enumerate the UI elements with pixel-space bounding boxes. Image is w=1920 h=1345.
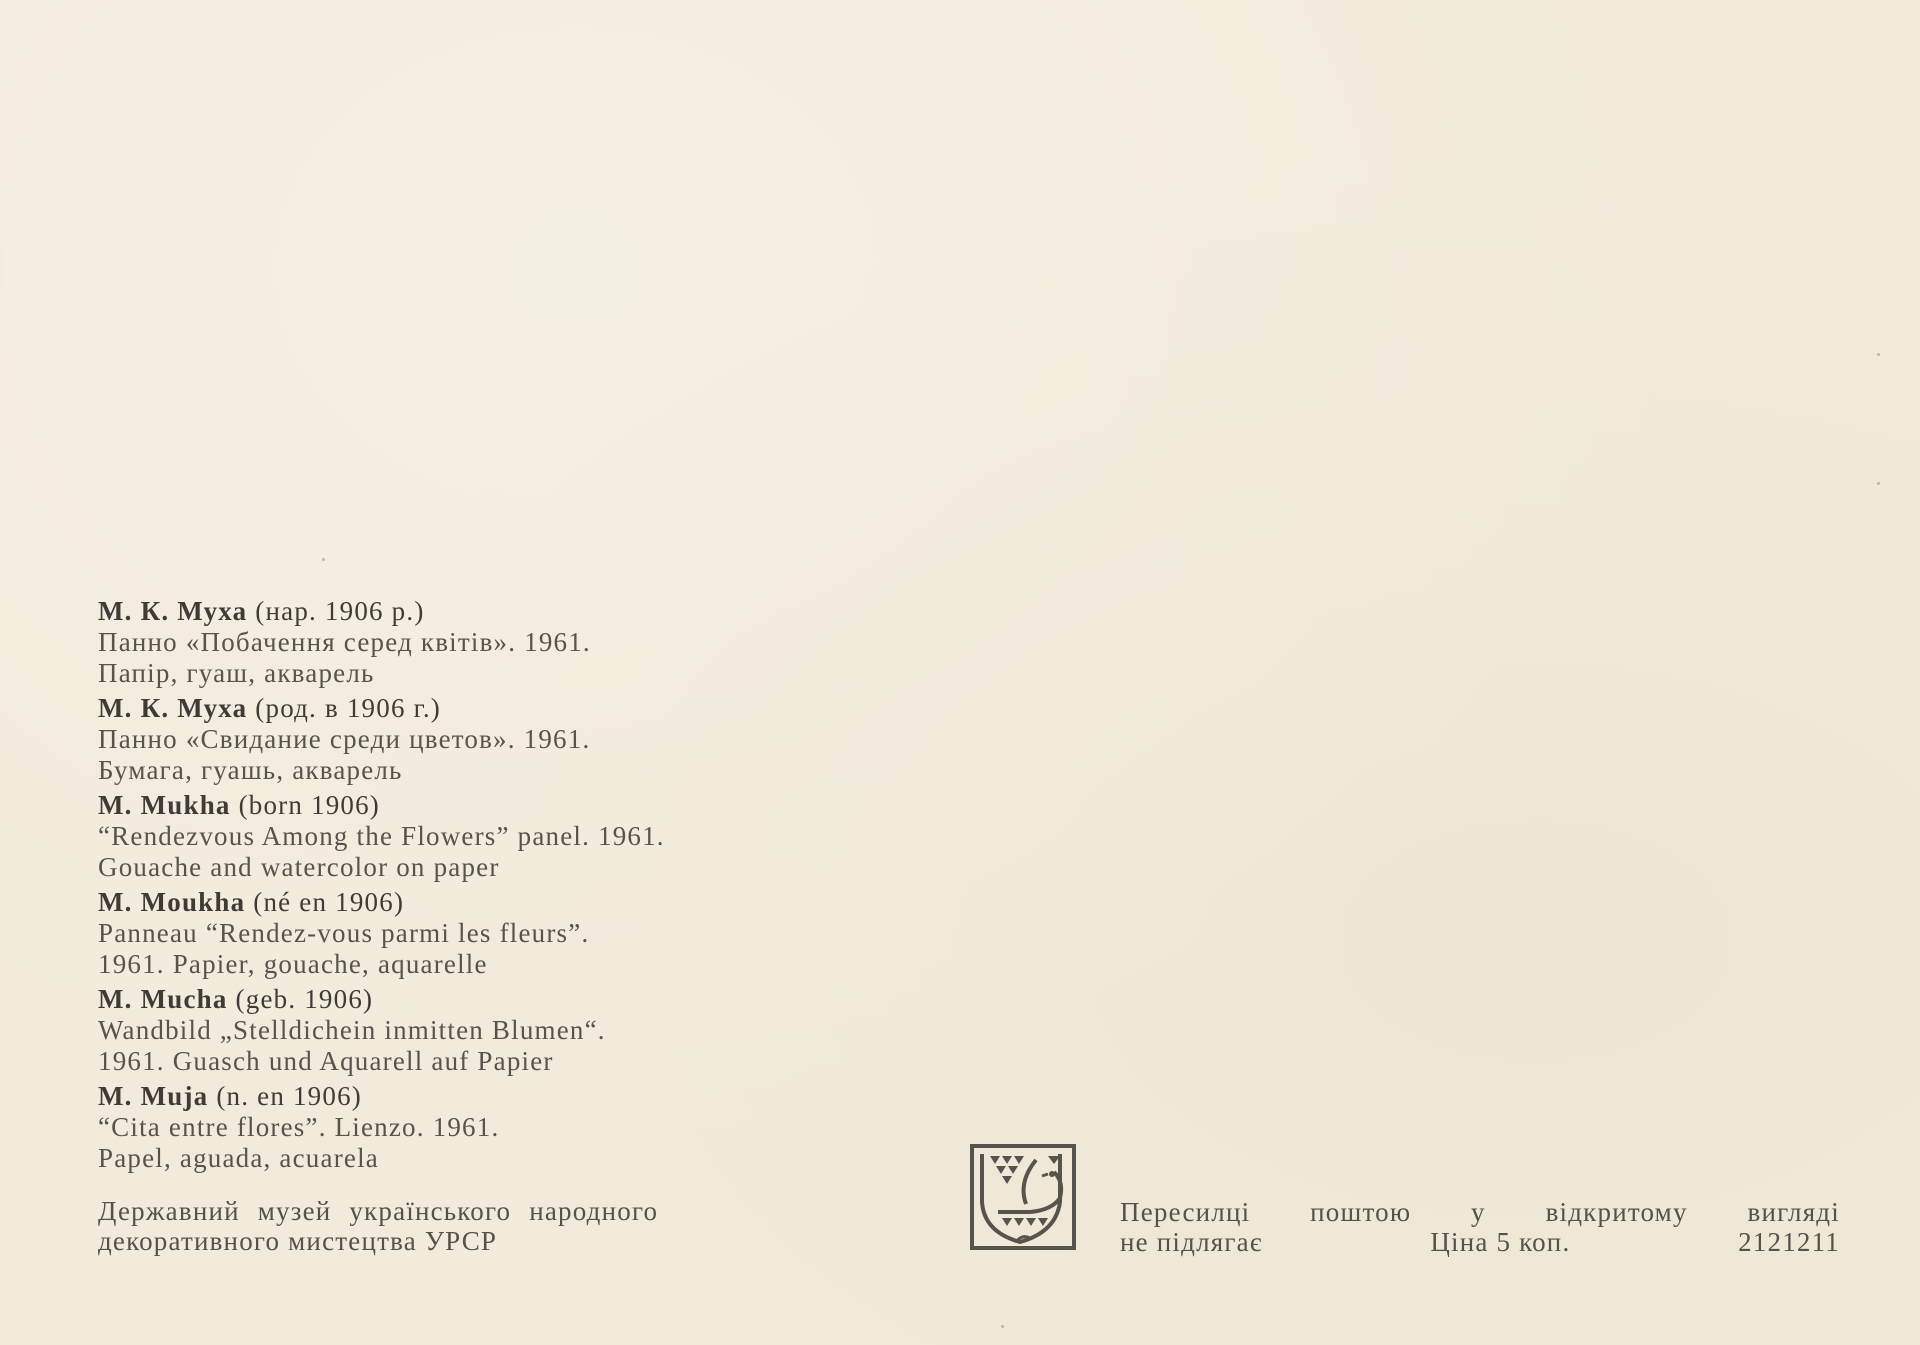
- artist-name: M. Mukha: [98, 790, 231, 820]
- museum-name-line2: декоративного мистецтва УРСР: [98, 1226, 658, 1256]
- artwork-medium: Папір, гуаш, акварель: [98, 658, 898, 689]
- artwork-title: “Rendezvous Among the Flowers” panel. 19…: [98, 821, 898, 852]
- paper-speck: [322, 558, 325, 561]
- artwork-title: “Cita entre flores”. Lienzo. 1961.: [98, 1112, 898, 1143]
- artist-dates: (род. в 1906 г.): [255, 693, 441, 723]
- postal-notice: Пересилці поштою у відкритому вигляді не…: [1120, 1197, 1840, 1257]
- postal-notice-line2: не підлягає Ціна 5 коп. 2121211: [1120, 1227, 1840, 1257]
- artist-name: M. Moukha: [98, 887, 245, 917]
- museum-name-line1: Державний музей українського народного: [98, 1196, 658, 1226]
- paper-speck: [1877, 482, 1880, 485]
- artist-name: М. К. Муха: [98, 693, 247, 723]
- artist-dates: (нар. 1906 р.): [255, 596, 424, 626]
- not-subject-text: не підлягає: [1120, 1227, 1263, 1257]
- artwork-title: Панно «Побачення серед квітів». 1961.: [98, 627, 898, 658]
- museum-credit: Державний музей українського народного д…: [98, 1196, 658, 1256]
- artist-dates: (n. en 1906): [216, 1081, 362, 1111]
- postal-notice-line1: Пересилці поштою у відкритому вигляді: [1120, 1197, 1840, 1227]
- catalog-number: 2121211: [1738, 1227, 1840, 1257]
- caption-entry-spanish: M. Muja (n. en 1906) “Cita entre flores”…: [98, 1081, 898, 1174]
- caption-entry-ukrainian: М. К. Муха (нар. 1906 р.) Панно «Побачен…: [98, 596, 898, 689]
- artist-name: M. Muja: [98, 1081, 208, 1111]
- publisher-bird-emblem-icon: [968, 1142, 1078, 1252]
- price-label: Ціна 5 коп.: [1430, 1227, 1570, 1257]
- caption-entry-russian: М. К. Муха (род. в 1906 г.) Панно «Свида…: [98, 693, 898, 786]
- caption-entry-german: M. Mucha (geb. 1906) Wandbild „Stelldich…: [98, 984, 898, 1077]
- caption-entry-french: M. Moukha (né en 1906) Panneau “Rendez-v…: [98, 887, 898, 980]
- artwork-medium: 1961. Guasch und Aquarell auf Papier: [98, 1046, 898, 1077]
- artwork-caption: М. К. Муха (нар. 1906 р.) Панно «Побачен…: [98, 596, 898, 1178]
- paper-speck: [1877, 353, 1880, 356]
- paper-speck: [1001, 1325, 1004, 1328]
- artist-name: М. К. Муха: [98, 596, 247, 626]
- artist-dates: (born 1906): [239, 790, 380, 820]
- artwork-title: Wandbild „Stelldichein inmitten Blumen“.: [98, 1015, 898, 1046]
- artwork-medium: Papel, aguada, acuarela: [98, 1143, 898, 1174]
- artist-name: M. Mucha: [98, 984, 228, 1014]
- artwork-title: Panneau “Rendez-vous parmi les fleurs”.: [98, 918, 898, 949]
- artwork-medium: 1961. Papier, gouache, aquarelle: [98, 949, 898, 980]
- caption-entry-english: M. Mukha (born 1906) “Rendezvous Among t…: [98, 790, 898, 883]
- artist-dates: (geb. 1906): [236, 984, 374, 1014]
- artwork-title: Панно «Свидание среди цветов». 1961.: [98, 724, 898, 755]
- artwork-medium: Бумага, гуашь, акварель: [98, 755, 898, 786]
- artist-dates: (né en 1906): [253, 887, 404, 917]
- artwork-medium: Gouache and watercolor on paper: [98, 852, 898, 883]
